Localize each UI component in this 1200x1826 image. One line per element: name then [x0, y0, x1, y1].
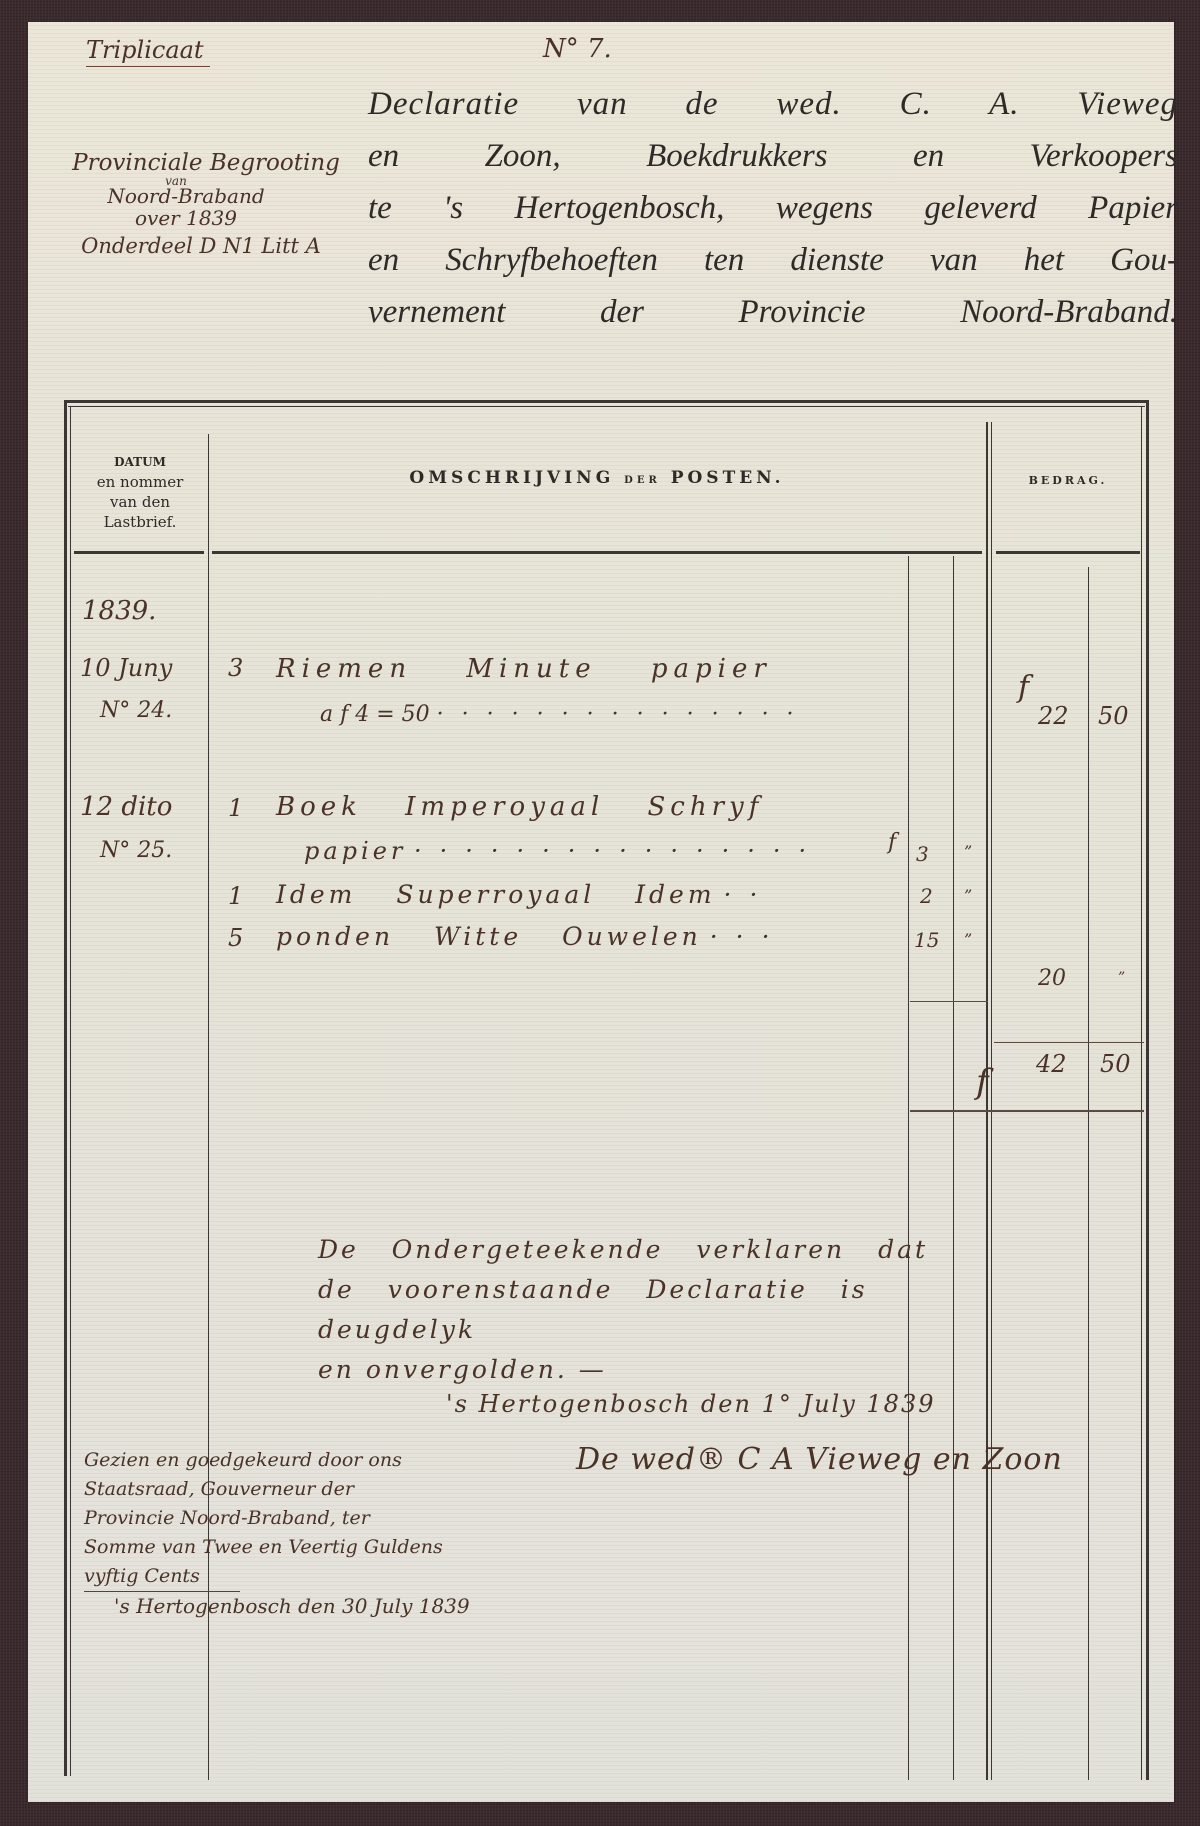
table-left-border-inner	[70, 406, 71, 1776]
total-rule-bottom	[910, 1110, 1144, 1112]
row2-date: 12 dito	[80, 792, 172, 822]
declaration-place-date: 's Hertogenbosch den 1° July 1839	[446, 1390, 936, 1418]
header-rule-desc	[212, 551, 982, 554]
total-rule-top	[994, 1042, 1144, 1043]
header-datum-line3: van den	[74, 492, 206, 512]
row2-sub-currency-mark: f	[888, 830, 896, 855]
approval-line2: Staatsraad, Gouverneur der	[84, 1475, 584, 1504]
approval-line5: vyftig Cents	[84, 1562, 240, 1592]
total-currency-mark: f	[976, 1062, 989, 1102]
row1-amount-cents: 50	[1098, 702, 1129, 730]
approval-line1: Gezien en goedgekeurd door ons	[84, 1446, 584, 1475]
row3-sub-cents: ”	[964, 886, 972, 905]
header-omschrijving: OMSCHRIJVING DER POSTEN.	[212, 468, 982, 488]
total-guilders: 42	[1036, 1050, 1067, 1078]
row4-sub-cents: ”	[964, 930, 972, 949]
budget-note-line5: Onderdeel D N1 Litt A	[26, 234, 376, 258]
header-datum: DATUM en nommer van den Lastbrief.	[74, 452, 206, 532]
row2-description-cont: papier ················	[304, 837, 824, 865]
declaration-line2: de voorenstaande Declaratie is deugdelyk	[318, 1270, 1038, 1350]
row1-date: 10 Juny	[80, 654, 172, 682]
header-rule-bedrag	[996, 551, 1140, 554]
title-line-3: te 's Hertogenbosch, wegens geleverd Pap…	[368, 182, 1178, 234]
subtotal-rule	[910, 1001, 988, 1002]
subtotal-guilders: 20	[1038, 966, 1066, 991]
vendor-signature: De wed® C A Vieweg en Zoon	[576, 1442, 1063, 1477]
sub-cent-divider	[953, 556, 954, 1780]
row3-sub-guilders: 2	[920, 884, 933, 908]
header-bedrag: BEDRAG.	[994, 474, 1142, 487]
subtotal-cents: ”	[1118, 970, 1125, 986]
row1-qty: 3	[228, 654, 243, 682]
row2-sub-guilders: 3	[916, 842, 929, 866]
row1-lastbrief: N° 24.	[100, 698, 172, 723]
row1-unit-price: a f 4 = 50 ···············	[320, 702, 812, 727]
header-rule-datum	[74, 551, 204, 554]
header-datum-line4: Lastbrief.	[74, 512, 206, 532]
row2-qty: 1	[228, 794, 243, 822]
header-datum-line2: en nommer	[74, 472, 206, 492]
row3-description-text: Idem Superroyaal Idem	[276, 880, 716, 909]
row2-description-cont-text: papier	[304, 837, 406, 865]
row4-leader-dots: ···	[710, 922, 788, 951]
title-line-4: en Schryfbehoeften ten dienste van het G…	[368, 234, 1178, 286]
row3-qty: 1	[228, 882, 243, 910]
row3-leader-dots: ··	[724, 880, 776, 909]
budget-note-line3: Noord-Braband	[0, 184, 376, 208]
table-top-border	[64, 400, 1149, 403]
row2-description: Boek Imperoyaal Schryf	[276, 792, 763, 822]
row1-leader-dots: ···············	[437, 702, 812, 727]
row2-lastbrief: N° 25.	[100, 838, 172, 863]
header-omschrijving-main: OMSCHRIJVING	[409, 468, 614, 488]
row4-sub-guilders: 15	[914, 928, 939, 952]
bedrag-cent-divider	[1088, 567, 1089, 1780]
table-top-border-inner	[68, 406, 1145, 407]
header-omschrijving-posten: POSTEN.	[671, 468, 785, 488]
title-line-2: en Zoon, Boekdrukkers en Verkoopers	[368, 130, 1178, 182]
document-number: N° 7.	[543, 34, 612, 64]
declaration-line3: en onvergolden. —	[318, 1350, 1038, 1390]
title-line-5: vernement der Provincie Noord-Braband.	[368, 286, 1178, 338]
table-right-border	[1146, 400, 1149, 1780]
budget-note-line4: over 1839	[0, 206, 376, 230]
budget-note-line1: Provinciale Begrooting	[36, 150, 376, 176]
bedrag-column-divider-inner	[991, 422, 992, 1780]
row4-description: ponden Witte Ouwelen ···	[276, 922, 788, 951]
sub-guilder-divider	[908, 556, 909, 1780]
declaration-line1: De Ondergeteekende verklaren dat	[318, 1230, 1038, 1270]
approval-place-date: 's Hertogenbosch den 30 July 1839	[114, 1592, 584, 1621]
title-line-1: Declaratie van de wed. C. A. Vieweg	[368, 78, 1178, 130]
year-label: 1839.	[82, 596, 156, 626]
table-left-border	[64, 400, 67, 1776]
approval-block: Gezien en goedgekeurd door ons Staatsraa…	[84, 1446, 584, 1621]
approval-line3: Provincie Noord-Braband, ter	[84, 1504, 584, 1533]
row4-description-text: ponden Witte Ouwelen	[276, 922, 702, 951]
row1-unit-price-text: a f 4 = 50	[320, 702, 430, 727]
table-right-border-inner	[1141, 406, 1142, 1780]
header-datum-line1: DATUM	[74, 452, 206, 472]
row3-description: Idem Superroyaal Idem ··	[276, 880, 775, 909]
row1-currency-mark: f	[1018, 670, 1029, 705]
row1-description: Riemen Minute papier	[276, 654, 772, 684]
row4-qty: 5	[228, 924, 243, 952]
document-title: Declaratie van de wed. C. A. Vieweg en Z…	[368, 78, 1178, 338]
declaration-block: De Ondergeteekende verklaren dat de voor…	[318, 1230, 1038, 1390]
document-sheet: Triplicaat N° 7. Provinciale Begrooting …	[28, 22, 1174, 1802]
row2-leader-dots: ················	[414, 837, 824, 865]
header-omschrijving-der: DER	[624, 475, 661, 486]
total-cents: 50	[1100, 1050, 1131, 1078]
row1-amount-guilders: 22	[1038, 702, 1069, 730]
row2-sub-cents: ”	[964, 842, 972, 861]
budget-note: Provinciale Begrooting van Noord-Braband…	[36, 150, 376, 258]
approval-line4: Somme van Twee en Veertig Guldens	[84, 1533, 584, 1562]
margin-note-triplicaat: Triplicaat	[86, 36, 210, 67]
